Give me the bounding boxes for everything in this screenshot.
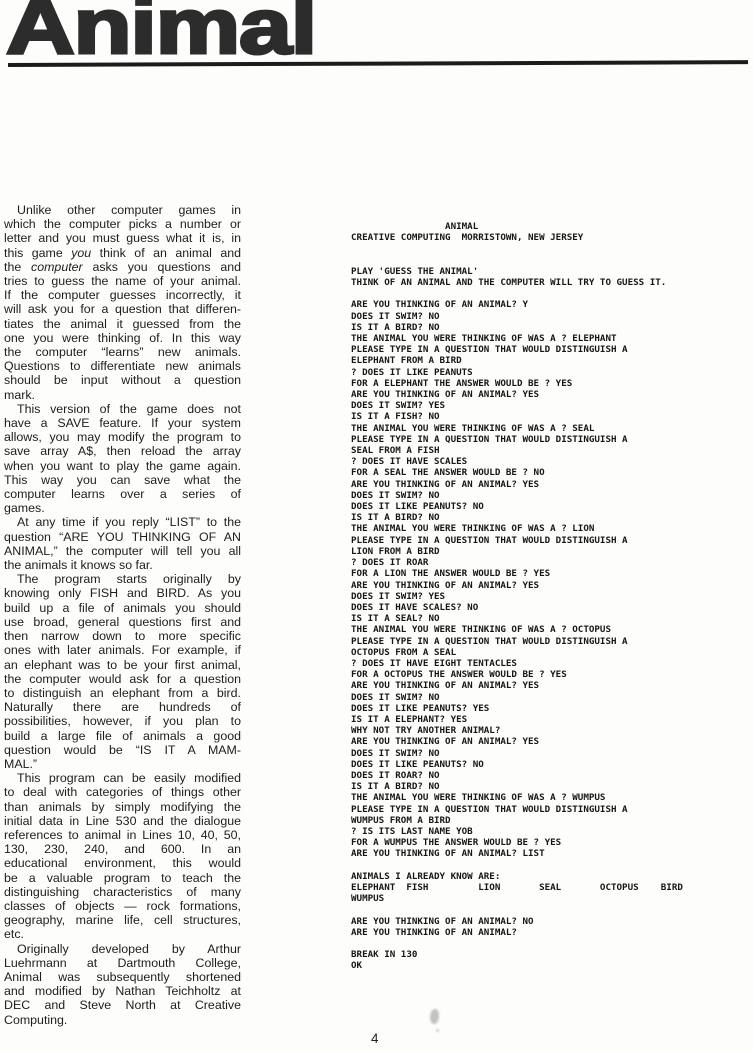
article-line: then narrow down to more specific (4, 629, 241, 643)
article-line: MAL.” (4, 757, 241, 771)
article-line: Luehrmann at Dartmouth College, (4, 956, 241, 970)
article-line: etc. (4, 927, 241, 941)
article-line: question would be “IS IT A MAM- (4, 743, 241, 757)
article-line: If the computer guesses incorrectly, it (4, 288, 241, 302)
article-line: be a valuable program to teach the (4, 871, 241, 885)
article-line: Naturally there are hundreds of (4, 700, 241, 714)
article-line: games. (4, 501, 241, 515)
article-line: question “ARE YOU THINKING OF AN (4, 530, 241, 544)
article-line: Computing. (4, 1013, 241, 1027)
article-line: references to animal in Lines 10, 40, 50… (4, 828, 241, 842)
article-line: ones with later animals. For example, if (4, 643, 241, 657)
article-line: the animals it knows so far. (4, 558, 241, 572)
article-line: This way you can save what the (4, 473, 241, 487)
article-line: geography, marine life, cell structures, (4, 913, 241, 927)
terminal-output: ANIMAL CREATIVE COMPUTING MORRISTOWN, NE… (351, 221, 683, 972)
article-line: an elephant was to be your first animal, (4, 658, 241, 672)
article-line: This program can be easily modified (4, 771, 241, 785)
article-line: will ask you for a question that differe… (4, 302, 241, 316)
article-line: the computer asks you questions and (4, 260, 241, 274)
article-line: should be input without a question (4, 373, 241, 387)
article-line: use broad, general questions first and (4, 615, 241, 629)
article-line: distinguishing characteristics of many (4, 885, 241, 899)
page: Animal Unlike other computer games inwhi… (0, 0, 753, 1052)
article-line: The program starts originally by (4, 572, 241, 586)
article-line: to deal with categories of things other (4, 785, 241, 799)
article-line: save array A$, then reload the array (4, 444, 241, 458)
article-line: knowing only FISH and BIRD. As you (4, 586, 241, 600)
article-line: when you want to play the game again. (4, 459, 241, 473)
article-line: the computer would ask for a question (4, 672, 241, 686)
article: Unlike other computer games inwhich the … (4, 203, 241, 1027)
article-line: allows, you may modify the program to (4, 430, 241, 444)
article-line: tries to guess the name of your animal. (4, 274, 241, 288)
article-line: build a large file of animals a good (4, 729, 241, 743)
article-line: initial data in Line 530 and the dialogu… (4, 814, 241, 828)
article-line: this game you think of an animal and (4, 246, 241, 260)
article-line: one you were thinking of. In this way (4, 331, 241, 345)
article-line: than animals by simply modifying the (4, 800, 241, 814)
article-line: DEC and Steve North at Creative (4, 998, 241, 1012)
article-line: Originally developed by Arthur (4, 942, 241, 956)
article-line: Animal was subsequently shortened (4, 970, 241, 984)
page-number: 4 (371, 1031, 379, 1046)
article-line: computer learns over a series of (4, 487, 241, 501)
article-line: mark. (4, 388, 241, 402)
article-line: educational environment, this would (4, 856, 241, 870)
article-line: have a SAVE feature. If your system (4, 416, 241, 430)
article-line: tiates the animal it guessed from the (4, 317, 241, 331)
article-line: and modified by Nathan Teichholtz at (4, 984, 241, 998)
article-line: Questions to differentiate new animals (4, 359, 241, 373)
article-line: This version of the game does not (4, 402, 241, 416)
article-line: Unlike other computer games in (4, 203, 241, 217)
article-line: classes of objects — rock formations, (4, 899, 241, 913)
article-line: which the computer picks a number or (4, 217, 241, 231)
print-smudge (430, 1009, 439, 1024)
page-title: Animal (6, 0, 316, 65)
article-line: build up a file of animals you should (4, 601, 241, 615)
article-line: ANIMAL,” the computer will tell you all (4, 544, 241, 558)
article-line: the computer “learns” new animals. (4, 345, 241, 359)
article-line: to distinguish an elephant from a bird. (4, 686, 241, 700)
article-line: possibilities, however, if you plan to (4, 714, 241, 728)
article-line: At any time if you reply “LIST” to the (4, 515, 241, 529)
article-line: 130, 230, 240, and 600. In an (4, 842, 241, 856)
article-line: letter and you must guess what it is, in (4, 231, 241, 245)
